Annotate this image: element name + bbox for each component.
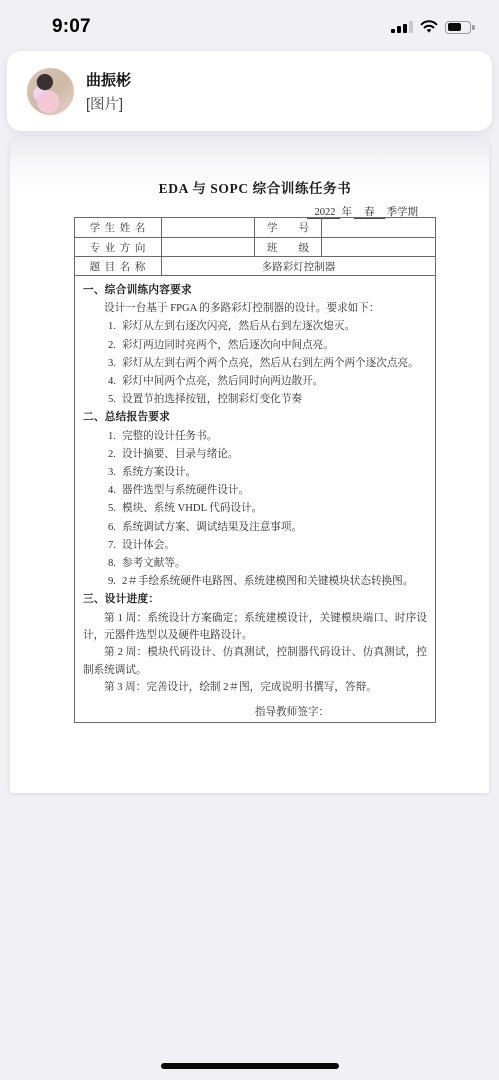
list-item: 6.系统调试方案、调试结果及注意事项。 xyxy=(83,519,427,537)
field-student-id xyxy=(321,218,435,237)
item-text: 彩灯中间两个点亮，然后同时向两边散开。 xyxy=(122,373,323,391)
item-number: 2. xyxy=(108,446,122,464)
item-number: 4. xyxy=(108,373,122,391)
cellular-signal-icon xyxy=(391,21,413,33)
label-topic: 题 目 名 称 xyxy=(75,257,161,275)
notification-text: 曲振彬 [图片] xyxy=(86,69,131,114)
battery-nub xyxy=(472,25,475,30)
item-number: 3. xyxy=(108,355,122,373)
item-number: 3. xyxy=(108,464,122,482)
item-text: 系统方案设计。 xyxy=(122,464,196,482)
item-number: 5. xyxy=(108,500,122,518)
list-item: 2.彩灯两边同时亮两个，然后逐次向中间点亮。 xyxy=(83,337,427,355)
notification-message: [图片] xyxy=(86,93,131,114)
item-number: 1. xyxy=(108,428,122,446)
label-major: 专 业 方 向 xyxy=(75,238,161,256)
label-student-name: 学 生 姓 名 xyxy=(75,218,161,237)
status-bar: 9:07 xyxy=(0,0,499,48)
wifi-icon xyxy=(420,20,438,34)
label-class: 班 级 xyxy=(254,238,321,256)
notification-sender: 曲振彬 xyxy=(86,69,131,90)
item-number: 6. xyxy=(108,519,122,537)
list-item: 7.设计体会。 xyxy=(83,537,427,555)
list-item: 4.器件选型与系统硬件设计。 xyxy=(83,482,427,500)
iphone-screen: 9:07 曲振彬 [图片] EDA 与 SOPC 综合训练任务书 20 xyxy=(0,0,499,1080)
list-item: 3.彩灯从左到右两个两个点亮，然后从右到左两个两个逐次点亮。 xyxy=(83,355,427,373)
field-major xyxy=(161,238,254,256)
list-item: 1.完整的设计任务书。 xyxy=(83,428,427,446)
instructor-signature-label: 指导教师签字： xyxy=(120,704,436,721)
field-topic: 多路彩灯控制器 xyxy=(161,257,435,275)
table-row: 题 目 名 称 多路彩灯控制器 xyxy=(75,256,435,275)
semester-year-label: 年 xyxy=(340,207,355,218)
battery-icon xyxy=(445,21,471,34)
item-number: 9. xyxy=(108,573,122,591)
item-number: 7. xyxy=(108,537,122,555)
list-item: 5.模块、系统 VHDL 代码设计。 xyxy=(83,500,427,518)
item-text: 2＃手绘系统硬件电路图、系统建模图和关键模块状态转换图。 xyxy=(122,573,413,591)
item-text: 设计体会。 xyxy=(122,537,175,555)
item-text: 模块、系统 VHDL 代码设计。 xyxy=(122,500,262,518)
schedule-week-3: 第 3 周：完善设计，绘制 2＃图，完成说明书撰写，答辩。 xyxy=(83,679,427,696)
table-row: 专 业 方 向 班 级 xyxy=(75,237,435,256)
item-number: 8. xyxy=(108,555,122,573)
list-item: 1.彩灯从左到右逐次闪亮，然后从右到左逐次熄灭。 xyxy=(83,318,427,336)
table-row: 学 生 姓 名 学 号 xyxy=(75,218,435,237)
item-text: 彩灯从左到右逐次闪亮，然后从右到左逐次熄灭。 xyxy=(122,318,355,336)
list-item: 3.系统方案设计。 xyxy=(83,464,427,482)
schedule-week-1: 第 1 周：系统设计方案确定；系统建模设计，关键模块端口、时序设计，元器件选型以… xyxy=(83,610,427,645)
status-time: 9:07 xyxy=(52,16,91,38)
field-student-name xyxy=(161,218,254,237)
home-indicator[interactable] xyxy=(161,1063,339,1069)
list-item: 5.设置节拍选择按钮，控制彩灯变化节奏 xyxy=(83,391,427,409)
notification-banner[interactable]: 曲振彬 [图片] xyxy=(7,51,492,131)
item-number: 4. xyxy=(108,482,122,500)
avatar xyxy=(27,68,74,115)
item-text: 设计摘要、目录与绪论。 xyxy=(122,446,239,464)
section-2-heading: 二、总结报告要求 xyxy=(83,409,427,427)
status-icons xyxy=(391,20,471,34)
document-title: EDA 与 SOPC 综合训练任务书 xyxy=(74,177,436,197)
section-1-heading: 一、综合训练内容要求 xyxy=(83,282,427,300)
info-table: 学 生 姓 名 学 号 专 业 方 向 班 级 题 目 名 称 多路彩灯控制器 xyxy=(74,217,436,275)
list-item: 2.设计摘要、目录与绪论。 xyxy=(83,446,427,464)
item-text: 参考文献等。 xyxy=(122,555,186,573)
list-item: 8.参考文献等。 xyxy=(83,555,427,573)
document-body: 一、综合训练内容要求 设计一台基于 FPGA 的多路彩灯控制器的设计。要求如下：… xyxy=(74,275,436,723)
item-text: 彩灯两边同时亮两个，然后逐次向中间点亮。 xyxy=(122,337,334,355)
document-page: EDA 与 SOPC 综合训练任务书 2022年春季学期 学 生 姓 名 学 号… xyxy=(74,136,436,723)
document-image[interactable]: EDA 与 SOPC 综合训练任务书 2022年春季学期 学 生 姓 名 学 号… xyxy=(10,136,489,793)
schedule-week-2: 第 2 周：模块代码设计、仿真测试，控制器代码设计、仿真测试，控制系统调试。 xyxy=(83,644,427,679)
list-item: 4.彩灯中间两个点亮，然后同时向两边散开。 xyxy=(83,373,427,391)
battery-fill xyxy=(448,23,461,31)
field-class xyxy=(321,238,435,256)
item-number: 2. xyxy=(108,337,122,355)
item-text: 器件选型与系统硬件设计。 xyxy=(122,482,249,500)
list-item: 9.2＃手绘系统硬件电路图、系统建模图和关键模块状态转换图。 xyxy=(83,573,427,591)
semester-line: 2022年春季学期 xyxy=(74,204,436,217)
item-number: 5. xyxy=(108,391,122,409)
item-number: 1. xyxy=(108,318,122,336)
label-student-id: 学 号 xyxy=(254,218,321,237)
item-text: 设置节拍选择按钮，控制彩灯变化节奏 xyxy=(122,391,302,409)
semester-term-label: 季学期 xyxy=(385,207,421,218)
section-3-heading: 三、设计进度： xyxy=(83,591,427,609)
section-1-intro: 设计一台基于 FPGA 的多路彩灯控制器的设计。要求如下： xyxy=(83,300,427,318)
item-text: 彩灯从左到右两个两个点亮，然后从右到左两个两个逐次点亮。 xyxy=(122,355,419,373)
item-text: 系统调试方案、调试结果及注意事项。 xyxy=(122,519,302,537)
item-text: 完整的设计任务书。 xyxy=(122,428,217,446)
